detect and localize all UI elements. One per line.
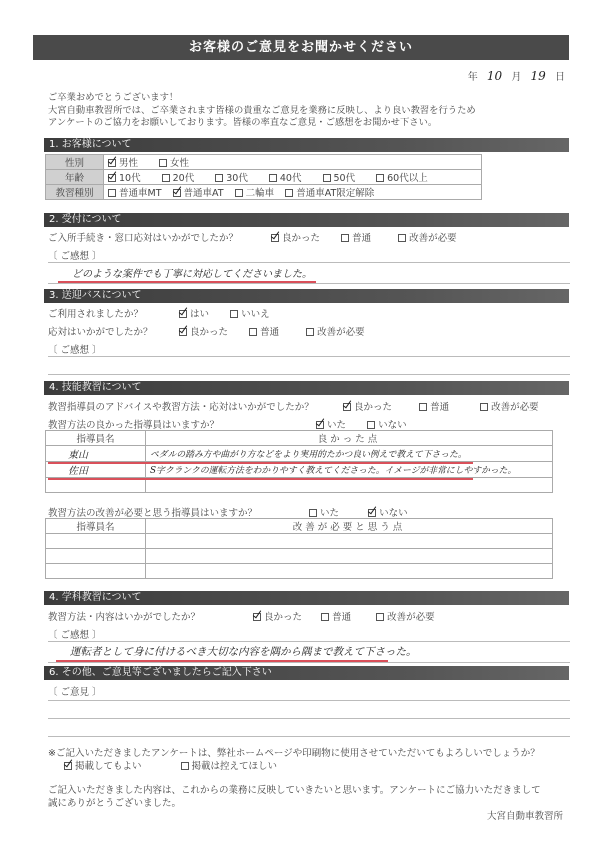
course-type-label: 教習種別 [46,185,104,200]
checkbox-icon [376,613,384,621]
checkbox-icon [64,762,72,770]
checkbox-age-40s[interactable]: 40代 [269,170,302,184]
age-row: 年齢 10代 20代 30代 40代 50代 60代以上 [46,170,482,185]
checkbox-bus-improve[interactable]: 改善が必要 [306,324,365,338]
improve-instructor-question: 教習方法の改善が必要と思う指導員はいますか？ [48,505,306,519]
table-row [46,534,553,549]
checkbox-male[interactable]: 男性 [108,155,138,169]
checkbox-at-removal[interactable]: 普通車AT限定解除 [285,185,374,199]
permission-options: 掲載してもよい 掲載は控えてほしい [64,761,295,774]
intro-line: アンケートのご協力をお願いしております。皆様の率直なご意見・ご感想をお聞かせ下さ… [48,117,568,130]
age-label: 年齢 [46,170,104,185]
col-improve-points: 改善が必要と思う点 [146,519,553,534]
table-row: 東山 ペダルの踏み方や曲がり方などをより実用的たかつ良い例えで教えて下さった。 [46,446,553,462]
checkbox-icon [215,174,223,182]
checkbox-classroom-normal[interactable]: 普通 [321,609,351,623]
col-instructor-name: 指導員名 [46,431,146,446]
checkbox-advice-improve[interactable]: 改善が必要 [480,399,539,413]
checkbox-reception-improve[interactable]: 改善が必要 [398,230,457,244]
checkbox-mt[interactable]: 普通車MT [108,185,162,199]
checkbox-icon [376,174,384,182]
checkbox-bus-good[interactable]: 良かった [179,324,228,338]
section-classroom-header: 4. 学科教習について [44,591,569,605]
checkbox-good-no[interactable]: いない [367,417,407,431]
date-field: 年 10 月 19 日 [468,68,565,83]
bus-comment-line[interactable] [48,374,570,375]
checkbox-motorcycle[interactable]: 二輪車 [235,185,275,199]
form-title: お客様のご意見をお聞かせください [33,35,569,60]
checkbox-good-yes[interactable]: いた [316,417,346,431]
instructor-name-cell[interactable]: 東山 [46,446,146,462]
checkbox-icon [419,403,427,411]
checkbox-female[interactable]: 女性 [159,155,189,169]
red-underline [48,478,473,480]
bus-usage-row: ご利用されましたか？ はい いいえ [48,306,288,320]
table-row [46,564,553,579]
checkbox-icon [108,159,116,167]
checkbox-icon [173,189,181,197]
checkbox-icon [398,234,406,242]
bus-service-row: 応対はいかがでしたか？ 良かった 普通 改善が必要 [48,324,383,338]
month-label: 月 [511,72,521,83]
reception-question: ご入所手続き・窓口応対はいかがでしたか？ [48,230,268,244]
improve-points-cell[interactable] [146,564,553,579]
checkbox-icon [309,509,317,517]
bus-service-question: 応対はいかがでしたか？ [48,324,176,338]
good-instructor-row: 教習方法の良かった指導員はいますか？ いた いない [48,417,425,431]
intro-line: 大宮自動車教習所では、ご卒業されます皆様の貴重なご意見を業務に反映し、より良い教… [48,105,568,118]
checkbox-icon [316,421,324,429]
other-comment-line[interactable] [48,736,570,737]
checkbox-age-20s[interactable]: 20代 [162,170,195,184]
good-points-cell[interactable]: ペダルの踏み方や曲がり方などをより実用的たかつ良い例えで教えて下さった。 [146,446,553,462]
section-reception-header: 2. 受付について [44,213,569,227]
checkbox-icon [159,159,167,167]
checkbox-icon [271,234,279,242]
instructor-advice-row: 教習指導員のアドバイスや教習方法・応対はいかがでしたか？ 良かった 普通 改善が… [48,399,557,413]
gender-row: 性別 男性 女性 [46,155,482,170]
table-row [46,549,553,564]
checkbox-icon [480,403,488,411]
checkbox-classroom-improve[interactable]: 改善が必要 [376,609,435,623]
other-comment-line[interactable] [48,718,570,719]
col-good-points: 良かった点 [146,431,553,446]
checkbox-icon [343,403,351,411]
improve-points-cell[interactable] [146,549,553,564]
checkbox-advice-normal[interactable]: 普通 [419,399,449,413]
reception-comment[interactable]: どのような案件でも丁寧に対応してくださいました。 [72,265,312,280]
checkbox-icon [367,421,375,429]
gender-label: 性別 [46,155,104,170]
customer-info-table: 性別 男性 女性 年齢 10代 20代 30代 40代 50代 60代以上 教習… [45,154,482,200]
classroom-comment[interactable]: 運転者として身に付けるべき大切な内容を隅から隅まで教えて下さった。 [70,644,417,659]
checkbox-at[interactable]: 普通車AT [173,185,224,199]
improve-points-cell[interactable] [146,534,553,549]
checkbox-bus-no[interactable]: いいえ [230,306,270,320]
checkbox-icon [108,174,116,182]
classroom-comment-label: 〔 ご感想 〕 [48,627,102,641]
checkbox-improve-no[interactable]: いない [368,505,408,519]
checkbox-icon [179,310,187,318]
improve-instructor-row: 教習方法の改善が必要と思う指導員はいますか？ いた いない [48,505,426,519]
table-header: 指導員名 良かった点 [46,431,553,446]
classroom-question: 教習方法・内容はいかがでしたか？ [48,609,250,623]
checkbox-icon [253,613,261,621]
checkbox-improve-yes[interactable]: いた [309,505,339,519]
bus-usage-question: ご利用されましたか？ [48,306,176,320]
checkbox-icon [249,328,257,336]
other-comment-line[interactable] [48,700,570,701]
instructor-name-cell[interactable] [46,549,146,564]
thanks-line: ご記入いただきました内容は、これからの業務に反映していきたいと思います。アンケー… [48,785,541,798]
permission-question: ※ご記入いただきましたアンケートは、弊社ホームページや印刷物に使用させていただい… [48,748,540,761]
instructor-name-cell[interactable] [46,534,146,549]
col-instructor-name: 指導員名 [46,519,146,534]
other-comment-label: 〔 ご意見 〕 [48,684,102,698]
bus-comment-label: 〔 ご感想 〕 [48,342,102,356]
section-bus-header: 3. 送迎バスについて [44,289,569,303]
intro-text: ご卒業おめでとうございます！ 大宮自動車教習所では、ご卒業されます皆様の貴重なご… [48,92,568,130]
checkbox-age-50s[interactable]: 50代 [323,170,356,184]
checkbox-icon [285,189,293,197]
good-instructor-question: 教習方法の良かった指導員はいますか？ [48,417,313,431]
section-other-header: 6. その他、ご意見等ございましたらご記入下さい [44,666,569,680]
checkbox-publish-no[interactable]: 掲載は控えてほしい [181,761,278,774]
divider [48,283,570,284]
checkbox-bus-yes[interactable]: はい [179,306,209,320]
table-header: 指導員名 改善が必要と思う点 [46,519,553,534]
intro-line: ご卒業おめでとうございます！ [48,92,568,105]
checkbox-icon [230,310,238,318]
thanks-text: ご記入いただきました内容は、これからの業務に反映していきたいと思います。アンケー… [48,785,541,810]
instructor-name-cell[interactable] [46,564,146,579]
reception-comment-label: 〔 ご感想 〕 [48,248,102,262]
instructor-advice-question: 教習指導員のアドバイスや教習方法・応対はいかがでしたか？ [48,399,340,413]
checkbox-reception-normal[interactable]: 普通 [341,230,371,244]
checkbox-icon [269,174,277,182]
section-customer-header: 1. お客様について [44,138,569,152]
checkbox-classroom-good[interactable]: 良かった [253,609,302,623]
divider [48,662,570,663]
year-label: 年 [468,72,478,83]
checkbox-icon [321,613,329,621]
checkbox-icon [341,234,349,242]
checkbox-icon [181,762,189,770]
checkbox-bus-normal[interactable]: 普通 [249,324,279,338]
organization-name: 大宮自動車教習所 [487,811,563,824]
checkbox-reception-good[interactable]: 良かった [271,230,320,244]
checkbox-advice-good[interactable]: 良かった [343,399,392,413]
checkbox-age-10s[interactable]: 10代 [108,170,141,184]
checkbox-icon [235,189,243,197]
checkbox-age-60s[interactable]: 60代以上 [376,170,428,184]
classroom-question-row: 教習方法・内容はいかがでしたか？ 良かった 普通 改善が必要 [48,609,453,623]
red-underline [48,462,473,464]
day-value[interactable]: 19 [531,69,546,83]
checkbox-icon [108,189,116,197]
checkbox-publish-ok[interactable]: 掲載してもよい [64,761,142,774]
improve-instructor-table: 指導員名 改善が必要と思う点 [45,518,553,579]
day-label: 日 [555,72,565,83]
checkbox-icon [162,174,170,182]
checkbox-icon [323,174,331,182]
section-driving-header: 4. 技能教習について [44,381,569,395]
divider [48,262,570,263]
bus-comment-line[interactable] [48,356,570,357]
checkbox-icon [179,328,187,336]
checkbox-icon [306,328,314,336]
month-value[interactable]: 10 [487,69,502,83]
course-type-row: 教習種別 普通車MT 普通車AT 二輪車 普通車AT限定解除 [46,185,482,200]
thanks-line: 誠にありがとうございました。 [48,798,541,811]
divider [48,641,570,642]
reception-question-row: ご入所手続き・窓口応対はいかがでしたか？ 良かった 普通 改善が必要 [48,230,475,244]
checkbox-icon [368,509,376,517]
checkbox-age-30s[interactable]: 30代 [215,170,248,184]
